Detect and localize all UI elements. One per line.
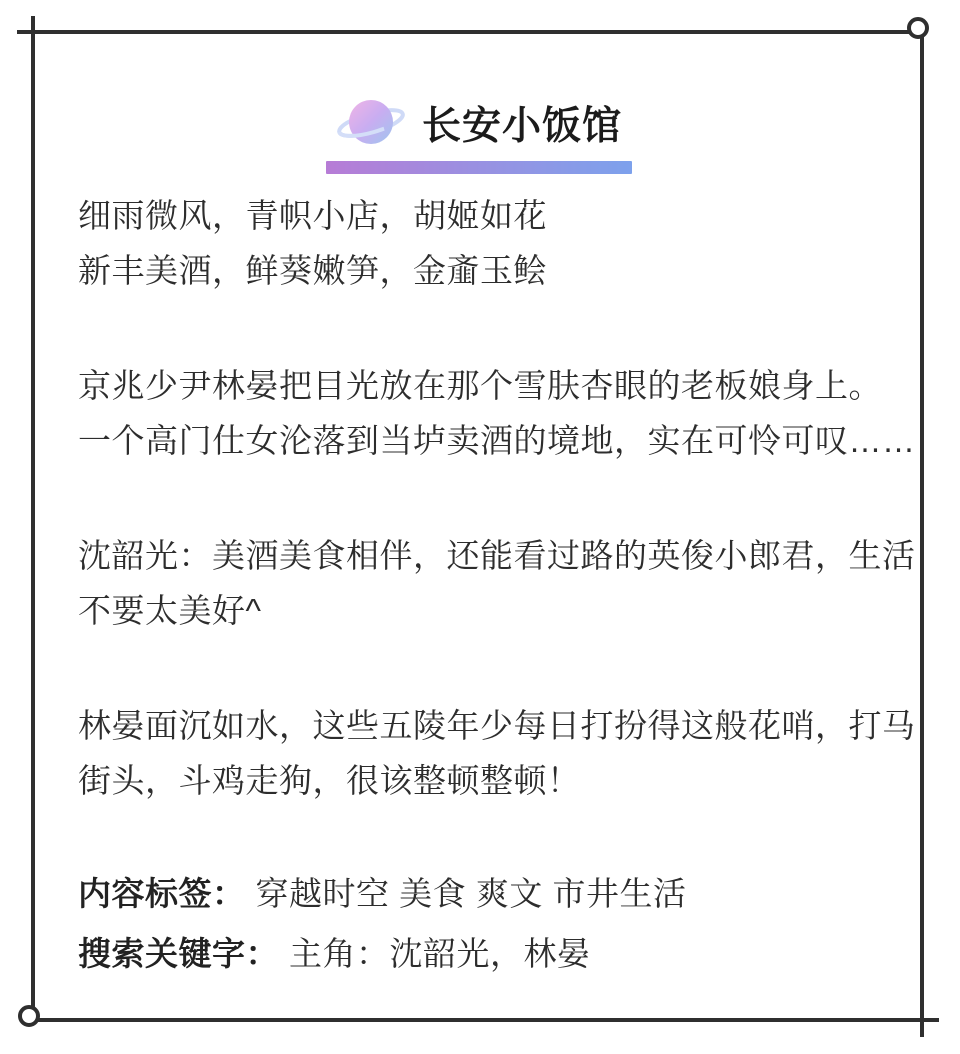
paragraph-shen-shaoguang: 沈韶光：美酒美食相伴，还能看过路的英俊小郎君，生活 不要太美好^: [78, 528, 880, 638]
corner-circle-bottom-left: [18, 1005, 40, 1027]
paragraph-line: 街头，斗鸡走狗，很该整顿整顿！: [78, 753, 880, 808]
search-keywords-label: 搜索关键字：: [78, 935, 279, 972]
page-title: 长安小饭馆: [422, 95, 622, 151]
content-tags-label: 内容标签：: [78, 875, 246, 912]
verse-line: 细雨微风，青帜小店，胡姬如花: [78, 188, 880, 243]
planet-icon: [336, 94, 406, 152]
search-keywords-value: 主角：沈韶光，林晏: [289, 935, 591, 972]
paragraph-lin-yan-intro: 京兆少尹林晏把目光放在那个雪肤杏眼的老板娘身上。 一个高门仕女沦落到当垆卖酒的境…: [78, 358, 880, 468]
paragraph-line: 京兆少尹林晏把目光放在那个雪肤杏眼的老板娘身上。: [78, 358, 880, 413]
paragraph-line: 沈韶光：美酒美食相伴，还能看过路的英俊小郎君，生活: [78, 528, 880, 583]
verse-line: 新丰美酒，鲜葵嫩笋，金齑玉鲙: [78, 243, 880, 298]
title-underline-gradient: [326, 161, 632, 174]
paragraph-line: 不要太美好^: [78, 583, 880, 638]
verse-paragraph: 细雨微风，青帜小店，胡姬如花 新丰美酒，鲜葵嫩笋，金齑玉鲙: [78, 188, 880, 298]
content-tags-value: 穿越时空 美食 爽文 市井生活: [256, 875, 687, 912]
title-block: 长安小饭馆: [78, 94, 880, 174]
corner-tick-bottom-right-horizontal: [906, 1018, 939, 1022]
tags-block: 内容标签：穿越时空 美食 爽文 市井生活 搜索关键字：主角：沈韶光，林晏: [78, 864, 880, 984]
search-keywords-row: 搜索关键字：主角：沈韶光，林晏: [78, 924, 880, 984]
content-tags-row: 内容标签：穿越时空 美食 爽文 市井生活: [78, 864, 880, 924]
corner-tick-top-left-horizontal: [17, 30, 50, 34]
card-frame: 长安小饭馆 细雨微风，青帜小店，胡姬如花 新丰美酒，鲜葵嫩笋，金齑玉鲙 京兆少尹…: [31, 30, 924, 1022]
paragraph-lin-yan-reaction: 林晏面沉如水，这些五陵年少每日打扮得这般花哨，打马 街头，斗鸡走狗，很该整顿整顿…: [78, 698, 880, 808]
corner-circle-top-right: [907, 17, 929, 39]
paragraph-line: 林晏面沉如水，这些五陵年少每日打扮得这般花哨，打马: [78, 698, 880, 753]
paragraph-line: 一个高门仕女沦落到当垆卖酒的境地，实在可怜可叹……: [78, 413, 880, 468]
